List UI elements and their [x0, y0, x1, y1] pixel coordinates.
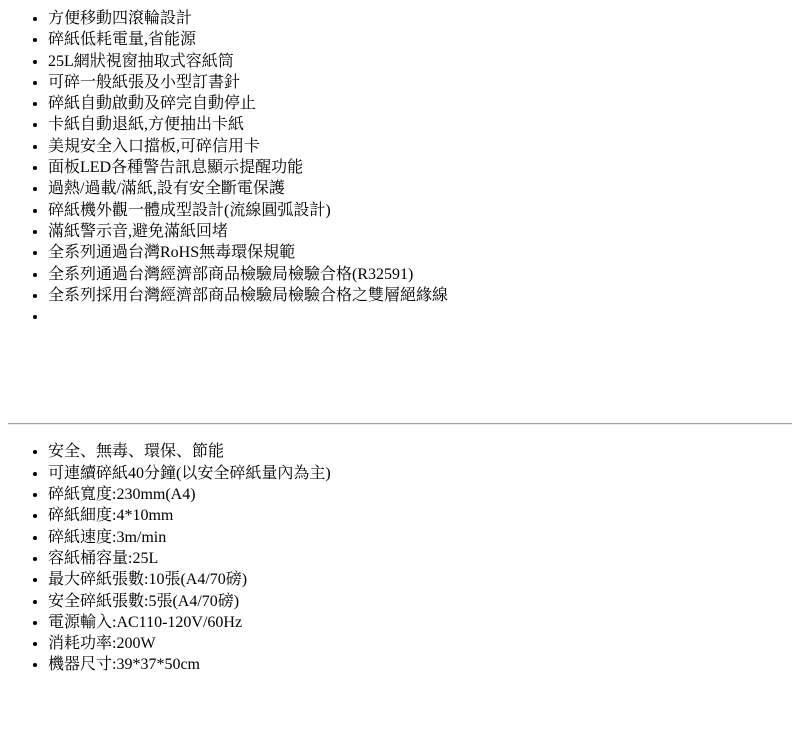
spec-item: 碎紙細度:4*10mm — [48, 505, 792, 526]
feature-item: 滿紙警示音,避免滿紙回堵 — [48, 221, 792, 242]
spec-item: 容紙桶容量:25L — [48, 548, 792, 569]
feature-item: 全系列通過台灣經濟部商品檢驗局檢驗合格(R32591) — [48, 264, 792, 285]
spec-item: 機器尺寸:39*37*50cm — [48, 654, 792, 675]
feature-item: 碎紙自動啟動及碎完自動停止 — [48, 93, 792, 114]
feature-item: 方便移動四滾輪設計 — [48, 8, 792, 29]
feature-item: 美規安全入口擋板,可碎信用卡 — [48, 136, 792, 157]
feature-item: 卡紙自動退紙,方便抽出卡紙 — [48, 114, 792, 135]
feature-item: 全系列通過台灣RoHS無毒環保規範 — [48, 242, 792, 263]
spec-item: 電源輸入:AC110-120V/60Hz — [48, 612, 792, 633]
section-divider — [8, 423, 792, 425]
feature-item: 碎紙低耗電量,省能源 — [48, 29, 792, 50]
feature-item: 可碎一般紙張及小型訂書針 — [48, 72, 792, 93]
feature-item-empty — [48, 306, 792, 327]
feature-item: 過熱/過載/滿紙,設有安全斷電保護 — [48, 178, 792, 199]
spec-item: 碎紙速度:3m/min — [48, 527, 792, 548]
feature-item: 面板LED各種警告訊息顯示提醒功能 — [48, 157, 792, 178]
feature-list: 方便移動四滾輪設計 碎紙低耗電量,省能源 25L網狀視窗抽取式容紙筒 可碎一般紙… — [8, 8, 792, 327]
spec-item: 安全、無毒、環保、節能 — [48, 441, 792, 462]
feature-item: 25L網狀視窗抽取式容紙筒 — [48, 51, 792, 72]
feature-item: 碎紙機外觀一體成型設計(流線圓弧設計) — [48, 200, 792, 221]
spec-item: 消耗功率:200W — [48, 633, 792, 654]
spec-item: 可連續碎紙40分鐘(以安全碎紙量內為主) — [48, 463, 792, 484]
spec-item: 最大碎紙張數:10張(A4/70磅) — [48, 569, 792, 590]
spec-list: 安全、無毒、環保、節能 可連續碎紙40分鐘(以安全碎紙量內為主) 碎紙寬度:23… — [8, 441, 792, 675]
spec-item: 碎紙寬度:230mm(A4) — [48, 484, 792, 505]
spec-item: 安全碎紙張數:5張(A4/70磅) — [48, 591, 792, 612]
feature-item: 全系列採用台灣經濟部商品檢驗局檢驗合格之雙層絕緣線 — [48, 285, 792, 306]
